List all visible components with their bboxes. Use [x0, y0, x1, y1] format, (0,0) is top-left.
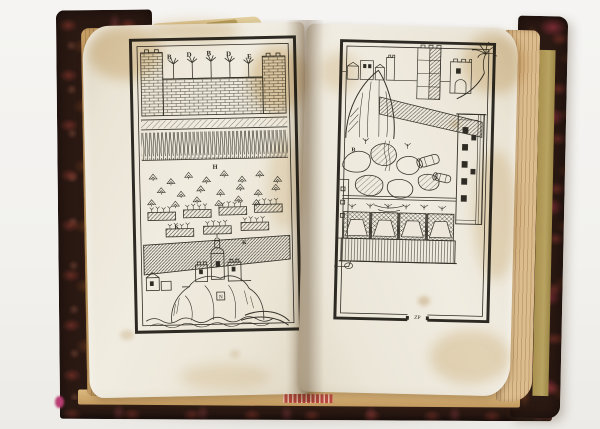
- foxing-dot: [230, 350, 240, 358]
- gutter-shadow: [286, 20, 324, 402]
- town-skyline: [341, 43, 472, 100]
- foxing-stain: [430, 330, 510, 384]
- wall-letter: B: [206, 50, 211, 57]
- wall-letter: D: [226, 51, 231, 58]
- foxing-stain: [180, 364, 270, 390]
- wall-letter: D: [186, 52, 191, 59]
- wall-letter: B: [167, 54, 172, 61]
- foxing-dot: [450, 120, 460, 128]
- border-gap-mark: ZP: [414, 315, 421, 321]
- garden-path: [141, 117, 287, 130]
- foxing-stain: [150, 20, 240, 42]
- foxing-dot: [120, 330, 134, 340]
- terrace-garden: [335, 179, 459, 271]
- boulders: [342, 138, 453, 214]
- hillside-slope: [143, 235, 290, 275]
- bed-label: K: [174, 225, 179, 231]
- foxing-stain: [320, 52, 360, 92]
- foxing-stain: [462, 34, 526, 94]
- photo-backdrop: B D B D E H: [0, 0, 600, 429]
- reed-label: H: [213, 164, 218, 171]
- hill-label: N: [219, 294, 223, 300]
- reed-fence: [141, 130, 288, 161]
- marble-pink-spot: [55, 396, 64, 408]
- foxing-stain: [474, 150, 518, 280]
- wall-letter: E: [247, 54, 252, 61]
- young-plants: [147, 169, 282, 208]
- foxing-dot: [418, 296, 430, 306]
